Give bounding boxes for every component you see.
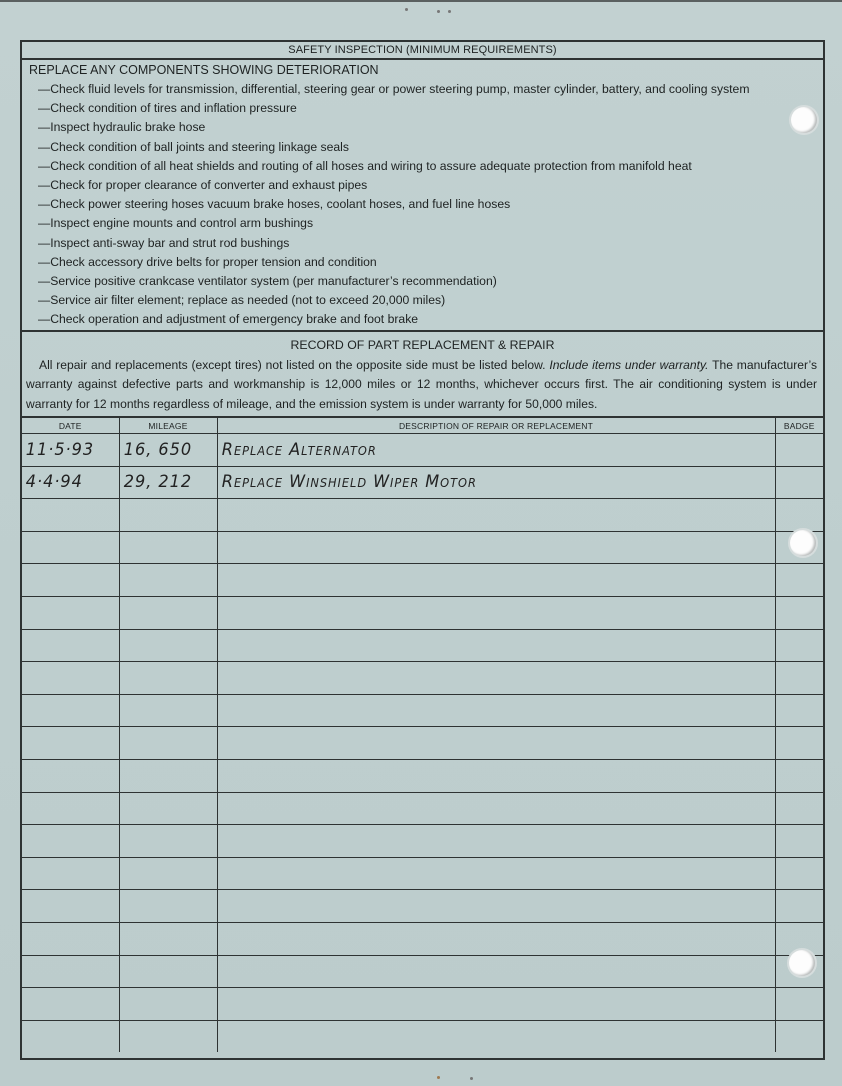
cell-badge[interactable] — [775, 596, 823, 629]
cell-date[interactable] — [22, 825, 119, 858]
table-row — [22, 759, 823, 792]
cell-mileage[interactable] — [119, 662, 217, 695]
handwritten-date: 11·5·93 — [22, 440, 94, 460]
cell-badge[interactable] — [775, 792, 823, 825]
cell-description[interactable] — [217, 531, 775, 564]
cell-date[interactable] — [22, 1020, 119, 1052]
warranty-emphasis: Include items under warranty. — [549, 358, 708, 372]
cell-date[interactable] — [22, 727, 119, 760]
cell-date[interactable] — [22, 531, 119, 564]
binder-hole — [791, 107, 817, 133]
cell-mileage[interactable] — [119, 988, 217, 1021]
table-row — [22, 792, 823, 825]
cell-description[interactable] — [217, 825, 775, 858]
cell-description[interactable] — [217, 662, 775, 695]
cell-mileage[interactable] — [119, 629, 217, 662]
checklist-item: —Check condition of ball joints and stee… — [38, 138, 750, 157]
cell-date[interactable] — [22, 955, 119, 988]
table-row — [22, 662, 823, 695]
warranty-paragraph: All repair and replacements (except tire… — [26, 356, 817, 414]
cell-description[interactable] — [217, 499, 775, 532]
checklist-item: —Check condition of all heat shields and… — [38, 157, 750, 176]
table-row — [22, 694, 823, 727]
safety-inspection-title: SAFETY INSPECTION (MINIMUM REQUIREMENTS) — [22, 42, 823, 60]
staple-mark — [405, 8, 408, 11]
table-row — [22, 564, 823, 597]
cell-date[interactable] — [22, 857, 119, 890]
cell-date[interactable] — [22, 988, 119, 1021]
cell-badge[interactable] — [775, 890, 823, 923]
table-row — [22, 629, 823, 662]
table-row: 11·5·9316, 650Replace Alternator — [22, 434, 823, 467]
cell-badge[interactable] — [775, 564, 823, 597]
form-page: SAFETY INSPECTION (MINIMUM REQUIREMENTS)… — [0, 0, 842, 1086]
handwritten-mileage: 29, 212 — [120, 472, 192, 492]
cell-badge[interactable] — [775, 466, 823, 499]
staple-mark — [448, 10, 451, 13]
cell-mileage[interactable] — [119, 499, 217, 532]
table-row — [22, 988, 823, 1021]
cell-description[interactable] — [217, 759, 775, 792]
cell-badge[interactable] — [775, 759, 823, 792]
cell-mileage[interactable] — [119, 759, 217, 792]
cell-description[interactable] — [217, 694, 775, 727]
cell-description[interactable]: Replace Alternator — [217, 434, 775, 467]
cell-description[interactable] — [217, 988, 775, 1021]
table-row — [22, 922, 823, 955]
cell-mileage[interactable] — [119, 564, 217, 597]
table-row — [22, 825, 823, 858]
cell-mileage[interactable]: 16, 650 — [119, 434, 217, 467]
table-row — [22, 499, 823, 532]
checklist-item: —Service positive crankcase ventilator s… — [38, 272, 750, 291]
staple-mark — [437, 10, 440, 13]
checklist-item: —Inspect anti-sway bar and strut rod bus… — [38, 234, 750, 253]
cell-badge[interactable] — [775, 499, 823, 532]
table-row — [22, 531, 823, 564]
replace-heading: REPLACE ANY COMPONENTS SHOWING DETERIORA… — [29, 62, 379, 78]
page-edge — [0, 0, 842, 2]
cell-date[interactable] — [22, 564, 119, 597]
repair-log-body: 11·5·9316, 650Replace Alternator4·4·9429… — [22, 434, 823, 1053]
checklist-item: —Inspect hydraulic brake hose — [38, 118, 750, 137]
cell-mileage[interactable] — [119, 890, 217, 923]
cell-badge[interactable] — [775, 662, 823, 695]
cell-mileage[interactable] — [119, 727, 217, 760]
cell-description[interactable] — [217, 596, 775, 629]
checklist-item: —Check power steering hoses vacuum brake… — [38, 195, 750, 214]
handwritten-mileage: 16, 650 — [120, 440, 192, 460]
cell-date[interactable] — [22, 694, 119, 727]
cell-mileage[interactable] — [119, 531, 217, 564]
column-header-date: DATE — [22, 417, 119, 434]
cell-description[interactable]: Replace Winshield Wiper Motor — [217, 466, 775, 499]
cell-description[interactable] — [217, 857, 775, 890]
checklist-item: —Check accessory drive belts for proper … — [38, 253, 750, 272]
cell-mileage[interactable] — [119, 955, 217, 988]
cell-date[interactable] — [22, 922, 119, 955]
checklist-item: —Service air filter element; replace as … — [38, 291, 750, 310]
cell-mileage[interactable] — [119, 825, 217, 858]
cell-description[interactable] — [217, 922, 775, 955]
column-header-badge: BADGE — [775, 417, 823, 434]
binder-hole — [790, 530, 816, 556]
inspection-form: SAFETY INSPECTION (MINIMUM REQUIREMENTS)… — [20, 40, 825, 1060]
table-row: 4·4·9429, 212Replace Winshield Wiper Mot… — [22, 466, 823, 499]
cell-description[interactable] — [217, 629, 775, 662]
cell-description[interactable] — [217, 564, 775, 597]
cell-date[interactable]: 11·5·93 — [22, 434, 119, 467]
inspection-checklist: —Check fluid levels for transmission, di… — [38, 80, 750, 329]
cell-mileage[interactable] — [119, 694, 217, 727]
cell-date[interactable] — [22, 890, 119, 923]
checklist-item: —Check fluid levels for transmission, di… — [38, 80, 750, 99]
warranty-text: All repair and replacements (except tire… — [39, 358, 549, 372]
repair-log-table: DATE MILEAGE DESCRIPTION OF REPAIR OR RE… — [22, 416, 823, 1052]
table-row — [22, 955, 823, 988]
cell-badge[interactable] — [775, 434, 823, 467]
cell-date[interactable] — [22, 662, 119, 695]
checklist-item: —Check operation and adjustment of emerg… — [38, 310, 750, 329]
cell-mileage[interactable] — [119, 792, 217, 825]
cell-date[interactable] — [22, 759, 119, 792]
checklist-item: —Check condition of tires and inflation … — [38, 99, 750, 118]
record-title: RECORD OF PART REPLACEMENT & REPAIR — [22, 338, 823, 352]
cell-date[interactable]: 4·4·94 — [22, 466, 119, 499]
cell-badge[interactable] — [775, 629, 823, 662]
cell-date[interactable] — [22, 792, 119, 825]
column-header-description: DESCRIPTION OF REPAIR OR REPLACEMENT — [217, 417, 775, 434]
cell-description[interactable] — [217, 792, 775, 825]
cell-badge[interactable] — [775, 1020, 823, 1052]
cell-description[interactable] — [217, 1020, 775, 1052]
cell-badge[interactable] — [775, 988, 823, 1021]
cell-description[interactable] — [217, 955, 775, 988]
cell-badge[interactable] — [775, 727, 823, 760]
cell-mileage[interactable] — [119, 922, 217, 955]
section-divider — [22, 330, 823, 332]
cell-mileage[interactable] — [119, 1020, 217, 1052]
staple-mark — [437, 1076, 440, 1079]
table-row — [22, 1020, 823, 1052]
handwritten-description: Replace Alternator — [218, 440, 377, 460]
handwritten-date: 4·4·94 — [22, 472, 83, 492]
cell-badge[interactable] — [775, 825, 823, 858]
column-header-mileage: MILEAGE — [119, 417, 217, 434]
cell-badge[interactable] — [775, 857, 823, 890]
cell-mileage[interactable]: 29, 212 — [119, 466, 217, 499]
binder-hole — [789, 950, 815, 976]
cell-description[interactable] — [217, 890, 775, 923]
staple-mark — [470, 1077, 473, 1080]
table-row — [22, 727, 823, 760]
table-row — [22, 596, 823, 629]
cell-date[interactable] — [22, 629, 119, 662]
table-row — [22, 890, 823, 923]
table-row — [22, 857, 823, 890]
table-header-row: DATE MILEAGE DESCRIPTION OF REPAIR OR RE… — [22, 417, 823, 434]
cell-description[interactable] — [217, 727, 775, 760]
cell-date[interactable] — [22, 596, 119, 629]
cell-mileage[interactable] — [119, 857, 217, 890]
cell-badge[interactable] — [775, 694, 823, 727]
checklist-item: —Inspect engine mounts and control arm b… — [38, 214, 750, 233]
cell-date[interactable] — [22, 499, 119, 532]
checklist-item: —Check for proper clearance of converter… — [38, 176, 750, 195]
handwritten-description: Replace Winshield Wiper Motor — [218, 472, 477, 492]
cell-mileage[interactable] — [119, 596, 217, 629]
